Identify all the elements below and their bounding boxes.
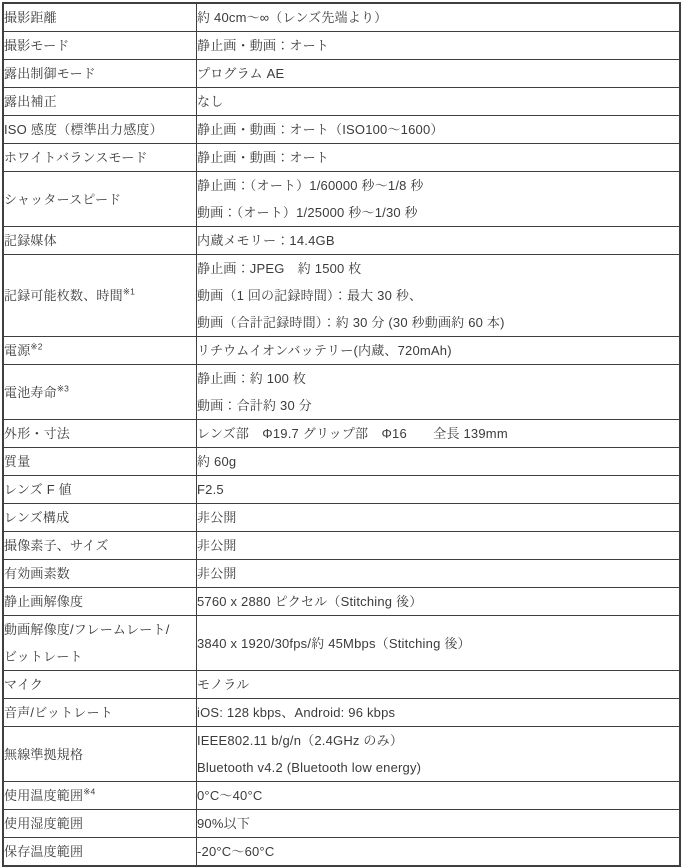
spec-row: 撮影モード静止画・動画：オート	[3, 32, 680, 60]
spec-value-cell: 静止画：（オート）1/60000 秒～1/8 秒動画：（オート）1/25000 …	[197, 172, 681, 227]
spec-value-line: 静止画：（オート）1/60000 秒～1/8 秒	[197, 172, 679, 199]
spec-value-line: 非公開	[197, 560, 679, 587]
spec-value-cell: なし	[197, 88, 681, 116]
spec-name-cell: 無線準拠規格	[3, 727, 197, 782]
spec-name-cell: 使用湿度範囲	[3, 810, 197, 838]
spec-name-line: 外形・寸法	[4, 420, 196, 447]
spec-value-cell: F2.5	[197, 476, 681, 504]
spec-value-cell: 約 40cm～∞（レンズ先端より）	[197, 3, 681, 32]
spec-name-cell: シャッタースピード	[3, 172, 197, 227]
spec-row: 記録可能枚数、時間※1静止画：JPEG 約 1500 枚動画（1 回の記録時間）…	[3, 255, 680, 337]
spec-value-cell: -20°C～60°C	[197, 838, 681, 867]
spec-row: ホワイトバランスモード静止画・動画：オート	[3, 144, 680, 172]
spec-value-line: 静止画：約 100 枚	[197, 365, 679, 392]
spec-row: 保存温度範囲-20°C～60°C	[3, 838, 680, 867]
spec-table: 撮影距離約 40cm～∞（レンズ先端より）撮影モード静止画・動画：オート露出制御…	[2, 2, 681, 867]
spec-name-cell: レンズ構成	[3, 504, 197, 532]
spec-value-line: なし	[197, 88, 679, 115]
spec-name-cell: 外形・寸法	[3, 420, 197, 448]
spec-name-cell: 音声/ビットレート	[3, 699, 197, 727]
spec-value-cell: 3840 x 1920/30fps/約 45Mbps（Stitching 後）	[197, 616, 681, 671]
spec-value-line: 内蔵メモリー：14.4GB	[197, 227, 679, 254]
spec-row: 音声/ビットレートiOS: 128 kbps、Android: 96 kbps	[3, 699, 680, 727]
spec-value-cell: 非公開	[197, 532, 681, 560]
spec-name-cell: 使用温度範囲※4	[3, 782, 197, 810]
spec-name-line: 静止画解像度	[4, 588, 196, 615]
spec-row: 質量約 60g	[3, 448, 680, 476]
spec-value-line: 動画（合計記録時間）：約 30 分 (30 秒動画約 60 本)	[197, 309, 679, 336]
spec-name-line: 電池寿命※3	[4, 379, 196, 406]
spec-name-line: 撮影距離	[4, 4, 196, 31]
spec-value-cell: 静止画・動画：オート	[197, 32, 681, 60]
spec-row: シャッタースピード静止画：（オート）1/60000 秒～1/8 秒動画：（オート…	[3, 172, 680, 227]
spec-value-cell: レンズ部 Φ19.7 グリップ部 Φ16 全長 139mm	[197, 420, 681, 448]
spec-name-line: 撮像素子、サイズ	[4, 532, 196, 559]
spec-row: ISO 感度（標準出力感度）静止画・動画：オート（ISO100～1600）	[3, 116, 680, 144]
spec-row: 無線準拠規格IEEE802.11 b/g/n（2.4GHz のみ）Bluetoo…	[3, 727, 680, 782]
spec-row: 使用温度範囲※40°C～40°C	[3, 782, 680, 810]
spec-value-line: 0°C～40°C	[197, 782, 679, 809]
spec-name-line: ISO 感度（標準出力感度）	[4, 116, 196, 143]
spec-value-cell: 静止画・動画：オート（ISO100～1600）	[197, 116, 681, 144]
spec-value-line: リチウムイオンバッテリー(内蔵、720mAh)	[197, 337, 679, 364]
spec-name-line: 露出制御モード	[4, 60, 196, 87]
footnote-marker: ※4	[83, 787, 95, 797]
spec-name-cell: 露出補正	[3, 88, 197, 116]
spec-value-cell: 静止画：JPEG 約 1500 枚動画（1 回の記録時間）：最大 30 秒、動画…	[197, 255, 681, 337]
spec-value-line: プログラム AE	[197, 60, 679, 87]
spec-name-cell: 電源※2	[3, 337, 197, 365]
spec-value-line: 非公開	[197, 504, 679, 531]
spec-value-line: 5760 x 2880 ピクセル（Stitching 後）	[197, 588, 679, 615]
spec-value-cell: モノラル	[197, 671, 681, 699]
spec-name-cell: 記録可能枚数、時間※1	[3, 255, 197, 337]
spec-row: 撮影距離約 40cm～∞（レンズ先端より）	[3, 3, 680, 32]
spec-name-cell: ISO 感度（標準出力感度）	[3, 116, 197, 144]
spec-name-cell: 露出制御モード	[3, 60, 197, 88]
spec-value-line: 静止画・動画：オート	[197, 144, 679, 171]
spec-name-line: 記録可能枚数、時間※1	[4, 282, 196, 309]
spec-value-line: -20°C～60°C	[197, 838, 679, 865]
spec-row: 外形・寸法レンズ部 Φ19.7 グリップ部 Φ16 全長 139mm	[3, 420, 680, 448]
spec-name-line: シャッタースピード	[4, 186, 196, 213]
spec-name-cell: 保存温度範囲	[3, 838, 197, 867]
spec-value-line: 動画：（オート）1/25000 秒～1/30 秒	[197, 199, 679, 226]
spec-row: 電池寿命※3静止画：約 100 枚動画：合計約 30 分	[3, 365, 680, 420]
spec-value-line: 90%以下	[197, 810, 679, 837]
spec-value-cell: 内蔵メモリー：14.4GB	[197, 227, 681, 255]
spec-value-line: モノラル	[197, 671, 679, 698]
spec-value-cell: プログラム AE	[197, 60, 681, 88]
spec-row: 静止画解像度5760 x 2880 ピクセル（Stitching 後）	[3, 588, 680, 616]
spec-row: レンズ F 値F2.5	[3, 476, 680, 504]
spec-name-cell: 静止画解像度	[3, 588, 197, 616]
spec-value-cell: リチウムイオンバッテリー(内蔵、720mAh)	[197, 337, 681, 365]
spec-value-line: レンズ部 Φ19.7 グリップ部 Φ16 全長 139mm	[197, 420, 679, 447]
spec-name-cell: 電池寿命※3	[3, 365, 197, 420]
spec-name-line: 電源※2	[4, 337, 196, 364]
spec-name-line: 露出補正	[4, 88, 196, 115]
spec-row: 撮像素子、サイズ非公開	[3, 532, 680, 560]
spec-value-cell: 5760 x 2880 ピクセル（Stitching 後）	[197, 588, 681, 616]
spec-row: 露出補正なし	[3, 88, 680, 116]
spec-row: 電源※2リチウムイオンバッテリー(内蔵、720mAh)	[3, 337, 680, 365]
spec-name-line: 有効画素数	[4, 560, 196, 587]
spec-value-cell: 非公開	[197, 504, 681, 532]
spec-name-line: マイク	[4, 671, 196, 698]
spec-name-line: ホワイトバランスモード	[4, 144, 196, 171]
footnote-marker: ※3	[57, 383, 69, 393]
spec-value-line: 静止画・動画：オート	[197, 32, 679, 59]
spec-value-line: 動画（1 回の記録時間）：最大 30 秒、	[197, 282, 679, 309]
spec-page: 撮影距離約 40cm～∞（レンズ先端より）撮影モード静止画・動画：オート露出制御…	[0, 0, 683, 815]
spec-name-line: 無線準拠規格	[4, 741, 196, 768]
spec-row: レンズ構成非公開	[3, 504, 680, 532]
spec-value-cell: iOS: 128 kbps、Android: 96 kbps	[197, 699, 681, 727]
spec-table-body: 撮影距離約 40cm～∞（レンズ先端より）撮影モード静止画・動画：オート露出制御…	[3, 3, 680, 866]
footnote-marker: ※1	[123, 287, 135, 297]
spec-name-line: 使用温度範囲※4	[4, 782, 196, 809]
spec-row: 動画解像度/フレームレート/ビットレート3840 x 1920/30fps/約 …	[3, 616, 680, 671]
spec-name-line: 質量	[4, 448, 196, 475]
spec-name-cell: 撮影モード	[3, 32, 197, 60]
spec-value-cell: 非公開	[197, 560, 681, 588]
spec-name-cell: 撮像素子、サイズ	[3, 532, 197, 560]
spec-name-cell: 有効画素数	[3, 560, 197, 588]
spec-name-line: 撮影モード	[4, 32, 196, 59]
spec-value-line: 静止画：JPEG 約 1500 枚	[197, 255, 679, 282]
spec-name-cell: 記録媒体	[3, 227, 197, 255]
footnote-marker: ※2	[30, 342, 42, 352]
spec-value-line: 動画：合計約 30 分	[197, 392, 679, 419]
spec-row: マイクモノラル	[3, 671, 680, 699]
spec-name-cell: ホワイトバランスモード	[3, 144, 197, 172]
spec-value-line: iOS: 128 kbps、Android: 96 kbps	[197, 699, 679, 726]
spec-name-line: レンズ構成	[4, 504, 196, 531]
spec-name-cell: 撮影距離	[3, 3, 197, 32]
spec-value-line: 3840 x 1920/30fps/約 45Mbps（Stitching 後）	[197, 630, 679, 657]
spec-row: 使用湿度範囲90%以下	[3, 810, 680, 838]
spec-value-line: 非公開	[197, 532, 679, 559]
spec-value-cell: 静止画：約 100 枚動画：合計約 30 分	[197, 365, 681, 420]
spec-name-cell: 質量	[3, 448, 197, 476]
spec-value-line: F2.5	[197, 476, 679, 503]
spec-name-cell: マイク	[3, 671, 197, 699]
spec-row: 露出制御モードプログラム AE	[3, 60, 680, 88]
spec-name-line: レンズ F 値	[4, 476, 196, 503]
spec-name-line: 使用湿度範囲	[4, 810, 196, 837]
spec-name-line: 動画解像度/フレームレート/	[4, 616, 196, 643]
spec-name-line: 記録媒体	[4, 227, 196, 254]
spec-value-line: Bluetooth v4.2 (Bluetooth low energy)	[197, 754, 679, 781]
spec-value-cell: IEEE802.11 b/g/n（2.4GHz のみ）Bluetooth v4.…	[197, 727, 681, 782]
spec-value-cell: 約 60g	[197, 448, 681, 476]
spec-value-line: 約 60g	[197, 448, 679, 475]
spec-name-cell: 動画解像度/フレームレート/ビットレート	[3, 616, 197, 671]
spec-value-cell: 静止画・動画：オート	[197, 144, 681, 172]
spec-value-line: IEEE802.11 b/g/n（2.4GHz のみ）	[197, 727, 679, 754]
spec-value-line: 静止画・動画：オート（ISO100～1600）	[197, 116, 679, 143]
spec-row: 有効画素数非公開	[3, 560, 680, 588]
spec-row: 記録媒体内蔵メモリー：14.4GB	[3, 227, 680, 255]
spec-name-cell: レンズ F 値	[3, 476, 197, 504]
spec-value-cell: 90%以下	[197, 810, 681, 838]
spec-name-line: ビットレート	[4, 643, 196, 670]
spec-value-line: 約 40cm～∞（レンズ先端より）	[197, 4, 679, 31]
spec-name-line: 音声/ビットレート	[4, 699, 196, 726]
spec-name-line: 保存温度範囲	[4, 838, 196, 865]
spec-value-cell: 0°C～40°C	[197, 782, 681, 810]
